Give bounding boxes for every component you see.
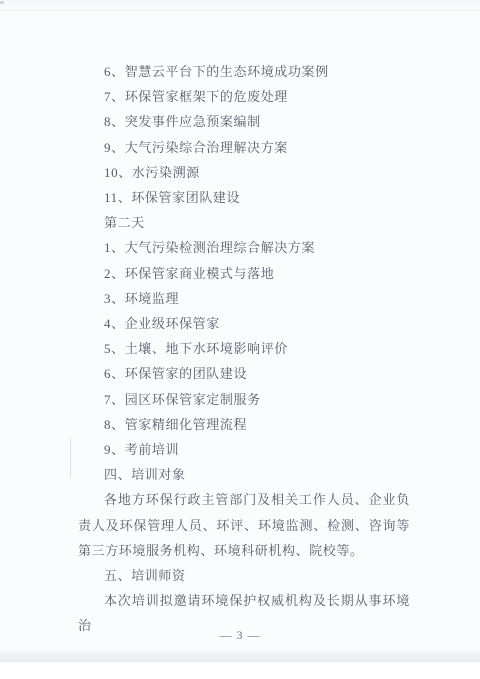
document-heading: 五、培训师资 [78, 563, 410, 588]
document-list-item: 6、环保管家的团队建设 [78, 361, 410, 386]
page-footer: — 3 — [0, 628, 480, 643]
scan-edge-bottom [0, 652, 480, 662]
document-list-item: 4、企业级环保管家 [78, 311, 410, 336]
document-paragraph: 各地方环保行政主管部门及相关工作人员、企业负责人及环保管理人员、环评、环境监测、… [78, 487, 410, 563]
document-list-item: 11、环保管家团队建设 [78, 185, 410, 210]
scan-edge-top [0, 0, 480, 11]
scan-line-artifact [70, 438, 71, 478]
page-number: — 3 — [220, 628, 261, 642]
document-list-item: 8、管家精细化管理流程 [78, 412, 410, 437]
document-list-item: 2、环保管家商业模式与落地 [78, 261, 410, 286]
scan-speck-artifact [0, 1, 4, 4]
document-list-item: 6、智慧云平台下的生态环境成功案例 [78, 59, 410, 84]
scan-edge-bottom-white [0, 662, 480, 679]
document-list-item: 10、水污染溯源 [78, 160, 410, 185]
document-heading: 第二天 [78, 210, 410, 235]
scanned-document-page: 6、智慧云平台下的生态环境成功案例7、环保管家框架下的危废处理8、突发事件应急预… [0, 0, 480, 679]
document-list-item: 9、大气污染综合治理解决方案 [78, 135, 410, 160]
document-list-item: 7、环保管家框架下的危废处理 [78, 84, 410, 109]
document-list-item: 8、突发事件应急预案编制 [78, 109, 410, 134]
document-list-item: 1、大气污染检测治理综合解决方案 [78, 235, 410, 260]
document-list-item: 5、土壤、地下水环境影响评价 [78, 336, 410, 361]
document-list-item: 9、考前培训 [78, 437, 410, 462]
document-list-item: 3、环境监理 [78, 286, 410, 311]
document-heading: 四、培训对象 [78, 462, 410, 487]
document-list-item: 7、园区环保管家定制服务 [78, 387, 410, 412]
document-body: 6、智慧云平台下的生态环境成功案例7、环保管家框架下的危废处理8、突发事件应急预… [78, 59, 410, 639]
